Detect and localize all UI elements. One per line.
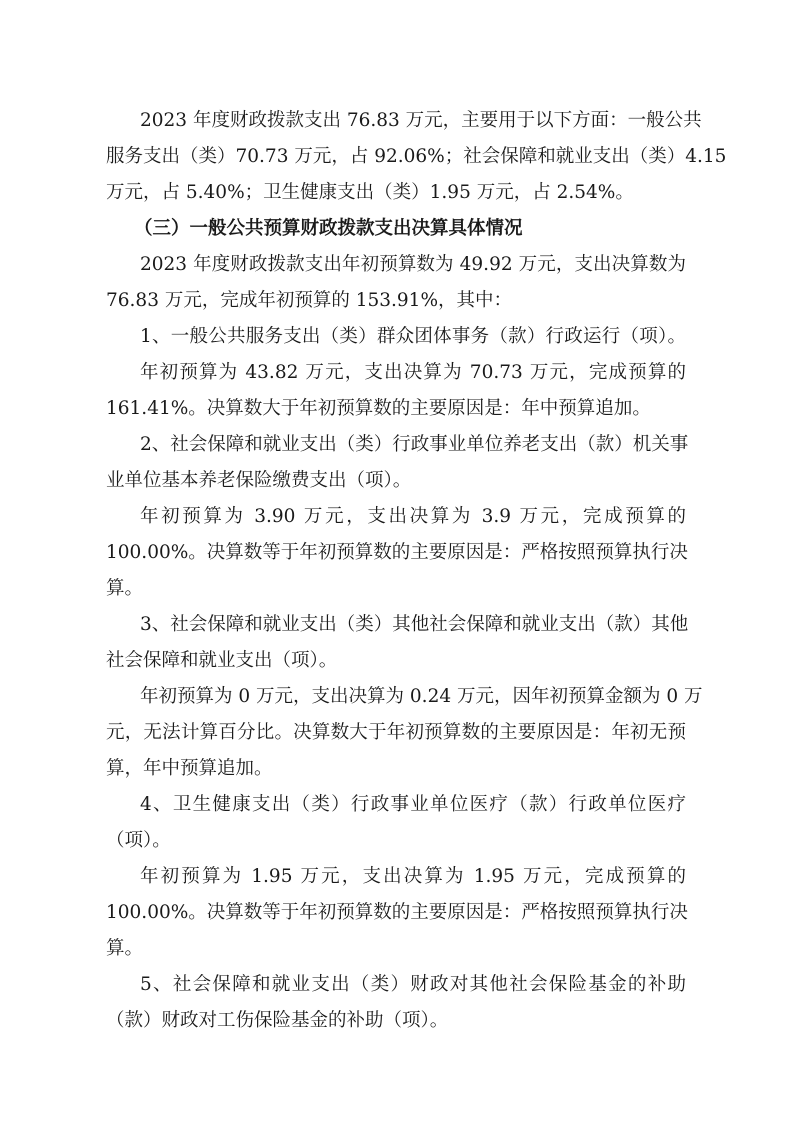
paragraph-line: 算。: [106, 577, 686, 601]
paragraph-line: 2023 年度财政拨款支出 76.83 万元，主要用于以下方面：一般公共: [140, 109, 686, 133]
paragraph-line: 年初预算为 1.95 万元，支出决算为 1.95 万元，完成预算的: [140, 865, 686, 889]
item-title-line: 社会保障和就业支出（项）。: [106, 649, 686, 673]
paragraph-line: 年初预算为 43.82 万元，支出决算为 70.73 万元，完成预算的: [140, 361, 686, 385]
item-title-line: 4、卫生健康支出（类）行政事业单位医疗（款）行政单位医疗: [140, 793, 686, 817]
paragraph-line: 76.83 万元，完成年初预算的 153.91%，其中：: [106, 289, 686, 313]
item-title-line: 1、一般公共服务支出（类）群众团体事务（款）行政运行（项）。: [140, 325, 686, 349]
paragraph-line: 2023 年度财政拨款支出年初预算数为 49.92 万元，支出决算数为: [140, 253, 686, 277]
item-title-line: 3、社会保障和就业支出（类）其他社会保障和就业支出（款）其他: [140, 613, 686, 637]
item-title-line: （款）财政对工伤保险基金的补助（项）。: [106, 1009, 686, 1033]
paragraph-line: 年初预算为 0 万元，支出决算为 0.24 万元，因年初预算金额为 0 万: [140, 685, 686, 709]
paragraph-line: 161.41%。决算数大于年初预算数的主要原因是：年中预算追加。: [106, 397, 686, 421]
paragraph-line: 算。: [106, 937, 686, 961]
paragraph-line: 年初预算为 3.90 万元，支出决算为 3.9 万元，完成预算的: [140, 505, 686, 529]
item-title-line: 5、社会保障和就业支出（类）财政对其他社会保险基金的补助: [140, 973, 686, 997]
item-title-line: （项）。: [106, 829, 686, 853]
paragraph-line: 算，年中预算追加。: [106, 757, 686, 781]
item-title-line: 2、社会保障和就业支出（类）行政事业单位养老支出（款）机关事: [140, 433, 686, 457]
document-page: 2023 年度财政拨款支出 76.83 万元，主要用于以下方面：一般公共 服务支…: [0, 0, 793, 1122]
paragraph-line: 100.00%。决算数等于年初预算数的主要原因是：严格按照预算执行决: [106, 901, 686, 925]
paragraph-line: 万元，占 5.40%；卫生健康支出（类）1.95 万元，占 2.54%。: [106, 181, 686, 205]
paragraph-line: 100.00%。决算数等于年初预算数的主要原因是：严格按照预算执行决: [106, 541, 686, 565]
item-title-line: 业单位基本养老保险缴费支出（项）。: [106, 469, 686, 493]
section-heading: （三）一般公共预算财政拨款支出决算具体情况: [134, 217, 714, 241]
paragraph-line: 元，无法计算百分比。决算数大于年初预算数的主要原因是：年初无预: [106, 721, 686, 745]
paragraph-line: 服务支出（类）70.73 万元，占 92.06%；社会保障和就业支出（类）4.1…: [106, 145, 686, 169]
